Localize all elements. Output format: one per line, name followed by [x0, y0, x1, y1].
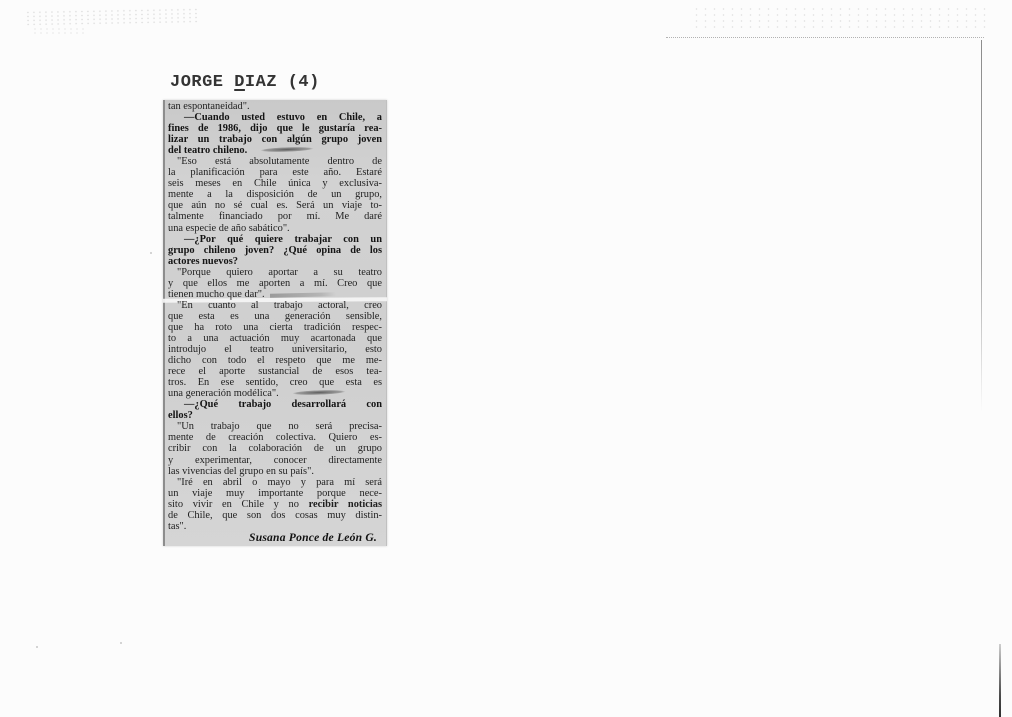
- text-line: que ha roto una cierta tradición respec-: [168, 322, 382, 333]
- scan-edge-line-right: [981, 40, 982, 412]
- page-title-part1: JORGE: [170, 73, 234, 92]
- text-line: "Iré en abril o mayo y para mí será: [168, 477, 382, 488]
- answer-paragraph: "Porque quiero aportar a su teatroy que …: [168, 267, 382, 300]
- text-line: la planificación para este año. Estaré: [168, 167, 382, 178]
- text-line: ellos?: [168, 410, 382, 421]
- clipping-text: tan espontaneidad".—Cuando usted estuvo …: [165, 100, 386, 546]
- pen-mark: [287, 389, 351, 396]
- text-line: que aún no sé cual es. Será un viaje to-: [168, 200, 382, 211]
- question-paragraph: —¿Por qué quiere trabajar con ungrupo ch…: [168, 234, 382, 267]
- text-line: tros. En ese sentido, creo que esta es: [168, 377, 382, 388]
- text-line: "Porque quiero aportar a su teatro: [168, 267, 382, 278]
- text-line: tan espontaneidad".: [168, 101, 382, 112]
- text-line: tienen mucho que dar".: [168, 289, 382, 300]
- text-line: una especie de año sabático".: [168, 223, 382, 234]
- text-line: —¿Por qué quiere trabajar con un: [168, 234, 382, 245]
- text-line: cribir con la colaboración de un grupo: [168, 443, 382, 454]
- text-line: —¿Qué trabajo desarrollará con: [168, 399, 382, 410]
- byline: Susana Ponce de León G.: [168, 532, 382, 544]
- scan-speck: [120, 642, 122, 644]
- answer-paragraph: "Eso está absolutamente dentro dela plan…: [168, 156, 382, 233]
- pen-mark: [255, 146, 319, 153]
- scan-speck: [36, 646, 38, 648]
- text-line: y que ellos me aporten a mí. Creo que: [168, 278, 382, 289]
- text-line: un viaje muy importante porque nece-: [168, 488, 382, 499]
- text-line: mente a la disposición de un grupo,: [168, 189, 382, 200]
- text-line: del teatro chileno.: [168, 145, 382, 156]
- text-line: sito vivir en Chile y no recibir noticia…: [168, 499, 382, 510]
- scan-edge-line-corner: [999, 644, 1001, 717]
- text-line: rece el aporte sustancial de esos tea-: [168, 366, 382, 377]
- text-line: introdujo el teatro universitario, esto: [168, 344, 382, 355]
- page-title: JORGE DIAZ (4): [170, 73, 320, 92]
- text-line: lizar un trabajo con algún grupo joven: [168, 134, 382, 145]
- text-line: una generación modélica".: [168, 388, 382, 399]
- scan-noise-top-right: [692, 6, 988, 32]
- text-line: actores nuevos?: [168, 256, 382, 267]
- question-paragraph: —¿Qué trabajo desarrollará conellos?: [168, 399, 382, 421]
- scan-dotted-line: [666, 37, 984, 38]
- pen-mark: [270, 292, 336, 297]
- page-title-part2: IAZ (4): [245, 73, 320, 92]
- text-line: "En cuanto al trabajo actoral, creo: [168, 300, 382, 311]
- text-line: grupo chileno joven? ¿Qué opina de los: [168, 245, 382, 256]
- answer-paragraph: "En cuanto al trabajo actoral, creoque e…: [168, 300, 382, 399]
- text-line: talmente financiado por mí. Me daré: [168, 211, 382, 222]
- question-paragraph: —Cuando usted estuvo en Chile, afines de…: [168, 112, 382, 156]
- page-title-underlined-letter: D: [234, 73, 245, 92]
- text-line: que esta es una generación sensible,: [168, 311, 382, 322]
- answer-paragraph: "Un trabajo que no será precisa-mente de…: [168, 421, 382, 476]
- text-line: —Cuando usted estuvo en Chile, a: [168, 112, 382, 123]
- text-line: las vivencias del grupo en su país".: [168, 466, 382, 477]
- text-line: de Chile, que son dos cosas muy distin-: [168, 510, 382, 521]
- answer-paragraph: "Iré en abril o mayo y para mí seráun vi…: [168, 477, 382, 532]
- scanned-page: { "colors": { "page_background": "#fcfcf…: [0, 0, 1012, 717]
- scan-noise-top-left-2: [32, 27, 87, 35]
- text-line: mente de creación colectiva. Quiero es-: [168, 432, 382, 443]
- text-line: dicho con todo el respeto que me me-: [168, 355, 382, 366]
- text-line: "Eso está absolutamente dentro de: [168, 156, 382, 167]
- text-line: seis meses en Chile única y exclusiva-: [168, 178, 382, 189]
- scan-noise-top-left: [25, 7, 200, 25]
- scan-speck: [150, 252, 152, 254]
- text-line: "Un trabajo que no será precisa-: [168, 421, 382, 432]
- text-line: y experimentar, conocer directamente: [168, 455, 382, 466]
- text-line: fines de 1986, dijo que le gustaría rea-: [168, 123, 382, 134]
- text-line: to a una actuación muy acartonada que: [168, 333, 382, 344]
- newspaper-clipping: tan espontaneidad".—Cuando usted estuvo …: [163, 100, 387, 546]
- answer-paragraph: tan espontaneidad".: [168, 101, 382, 112]
